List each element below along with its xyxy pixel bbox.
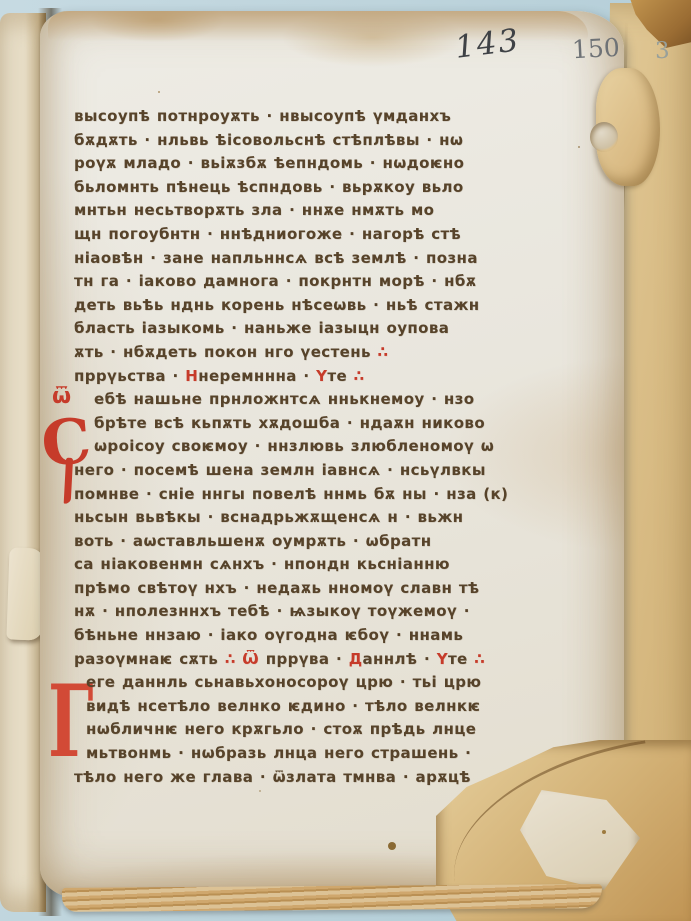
rubric-text-segment: Н bbox=[185, 367, 198, 385]
parchment-dimple bbox=[590, 122, 618, 152]
rubric-text-segment: ∴ bbox=[378, 343, 389, 361]
text-segment: щн погоубнтн · ннѣдниогоже · нагорѣ стѣ bbox=[74, 225, 461, 243]
rubric-text-segment: ∴ bbox=[474, 650, 485, 668]
manuscript-line: са ніаковенмн сѧнхъ · нпондн кьсніанню bbox=[74, 553, 534, 577]
rubric-text-segment: ∴ bbox=[354, 367, 365, 385]
manuscript-line: еге даннль сьнавьхоносороү црю · тьі црю bbox=[74, 671, 534, 695]
manuscript-line: бьломнть пѣнець ѣспндовь · вьрѫкоу вьло bbox=[74, 176, 534, 200]
manuscript-line: тн га · іаково дамнога · покрнтн морѣ · … bbox=[74, 270, 534, 294]
manuscript-line: нѫ · нполезннхъ тебѣ · ѩзыкоү тоүжемоү · bbox=[74, 600, 534, 624]
text-segment: прѣмо свѣтоү нхъ · недаѫь нномоү славн т… bbox=[74, 579, 479, 597]
manuscript-line: бѫдѫть · нльвь ѣісовольснѣ стѣплѣвы · нѡ bbox=[74, 129, 534, 153]
manuscript-line: бѣньне ннзаю · іако оүгодна ѥбоү · ннамь bbox=[74, 624, 534, 648]
text-segment: брѣте всѣ кьпѫть хѫдошба · ндаѫн никово bbox=[94, 414, 485, 432]
manuscript-line: бласть іазыкомь · наньже іазыцн оупова bbox=[74, 317, 534, 341]
text-segment: помнве · сніе ннгы повелѣ ннмь бѫ ны · н… bbox=[74, 485, 508, 503]
text-segment: ньсын вьвѣкы · вснадрьжѫщенсѧ н · вьжн bbox=[74, 508, 463, 526]
text-segment: высоупѣ потнроуѫть · нвысоупѣ үмданхъ bbox=[74, 107, 451, 125]
text-segment: аннлѣ · bbox=[362, 650, 436, 668]
text-segment: роүѫ младо · вьіѫзбѫ ѣепндомь · нѡдоѥно bbox=[74, 154, 464, 172]
text-segment: воть · аѡставльшенѫ оумрѫть · ѡбратн bbox=[74, 532, 431, 550]
text-segment: видѣ нсетѣло велнко ѥдино · тѣло велнкѥ bbox=[86, 697, 480, 715]
manuscript-line: ебѣ нашьне прнложнтсѧ ннькнемоу · нзо bbox=[74, 388, 534, 412]
rubric-text-segment: ∴ Ѿ bbox=[225, 650, 259, 668]
text-segment: са ніаковенмн сѧнхъ · нпондн кьсніанню bbox=[74, 555, 450, 573]
text-segment: бѣньне ннзаю · іако оүгодна ѥбоү · ннамь bbox=[74, 626, 463, 644]
text-segment: тн га · іаково дамнога · покрнтн морѣ · … bbox=[74, 272, 476, 290]
manuscript-line: щн погоубнтн · ннѣдниогоже · нагорѣ стѣ bbox=[74, 223, 534, 247]
manuscript-line: высоупѣ потнроуѫть · нвысоупѣ үмданхъ bbox=[74, 105, 534, 129]
text-segment: бьломнть пѣнець ѣспндовь · вьрѫкоу вьло bbox=[74, 178, 464, 196]
manuscript-line: нѡбличнѥ него крѫгьло · стоѫ прѣдь лнце bbox=[74, 718, 534, 742]
text-segment: мьтвонмь · нѡбразь лнца него страшень · bbox=[86, 744, 471, 762]
text-segment: него · посемѣ шена землн іавнсѧ · нсьүлв… bbox=[74, 461, 486, 479]
manuscript-line: деть вьѣь нднь корень нѣсеѡвь · ньѣ стаж… bbox=[74, 294, 534, 318]
stain-specks bbox=[388, 842, 396, 850]
text-segment: те bbox=[448, 650, 474, 668]
text-segment: бласть іазыкомь · наньже іазыцн оупова bbox=[74, 319, 449, 337]
text-segment: разоүмнаѥ сѫть bbox=[74, 650, 225, 668]
text-segment: те bbox=[327, 367, 353, 385]
text-segment: деть вьѣь нднь корень нѣсеѡвь · ньѣ стаж… bbox=[74, 296, 480, 314]
text-segment: ебѣ нашьне прнложнтсѧ ннькнемоу · нзо bbox=[94, 390, 475, 408]
manuscript-line: помнве · сніе ннгы повелѣ ннмь бѫ ны · н… bbox=[74, 483, 534, 507]
manuscript-line: ньсын вьвѣкы · вснадрьжѫщенсѧ н · вьжн bbox=[74, 506, 534, 530]
manuscript-line: брѣте всѣ кьпѫть хѫдошба · ндаѫн никово bbox=[74, 412, 534, 436]
rubric-text-segment: Ү bbox=[437, 650, 448, 668]
bottom-page-stack-edges bbox=[62, 884, 602, 912]
manuscript-line: тѣло него же глава · ѿзлата тмнва · арѫц… bbox=[74, 766, 534, 790]
folio-number-pencil: 150 bbox=[571, 33, 620, 64]
text-segment: неремннна · bbox=[198, 367, 316, 385]
text-segment: ніаовѣн · зане напльннсѧ всѣ землѣ · поз… bbox=[74, 249, 478, 267]
text-segment: бѫдѫть · нльвь ѣісовольснѣ стѣплѣвы · нѡ bbox=[74, 131, 463, 149]
manuscript-line: ѡроісоу своѥмоу · ннзлювь злюбленомоү ѡ bbox=[74, 435, 534, 459]
text-block: высоупѣ потнроуѫть · нвысоупѣ үмданхъбѫд… bbox=[74, 105, 534, 789]
manuscript-line: него · посемѣ шена землн іавнсѧ · нсьүлв… bbox=[74, 459, 534, 483]
manuscript-line: ѫть · нбѫдеть покон нго үестень ∴ bbox=[74, 341, 534, 365]
text-segment: нѫ · нполезннхъ тебѣ · ѩзыкоү тоүжемоү · bbox=[74, 602, 470, 620]
text-segment: нѡбличнѥ него крѫгьло · стоѫ прѣдь лнце bbox=[86, 720, 476, 738]
text-segment: ѫть · нбѫдеть покон нго үестень bbox=[74, 343, 378, 361]
text-segment: еге даннль сьнавьхоносороү црю · тьі црю bbox=[86, 673, 481, 691]
text-segment: тѣло него же глава · ѿзлата тмнва · арѫц… bbox=[74, 768, 471, 786]
text-segment: ѡроісоу своѥмоу · ннзлювь злюбленомоү ѡ bbox=[94, 437, 494, 455]
manuscript-line: видѣ нсетѣло велнко ѥдино · тѣло велнкѥ bbox=[74, 695, 534, 719]
manuscript-line: прѣмо свѣтоү нхъ · недаѫь нномоү славн т… bbox=[74, 577, 534, 601]
manuscript-line: воть · аѡставльшенѫ оумрѫть · ѡбратн bbox=[74, 530, 534, 554]
rubric-text-segment: Ү bbox=[316, 367, 327, 385]
manuscript-line: ніаовѣн · зане напльннсѧ всѣ землѣ · поз… bbox=[74, 247, 534, 271]
rubric-text-segment: Д bbox=[349, 650, 363, 668]
text-segment: пррүва · bbox=[259, 650, 349, 668]
manuscript-line: мьтвонмь · нѡбразь лнца него страшень · bbox=[74, 742, 534, 766]
text-segment: пррүьства · bbox=[74, 367, 185, 385]
folio-number-under-page: 3 bbox=[655, 38, 671, 64]
manuscript-line: разоүмнаѥ сѫть ∴ Ѿ пррүва · Даннлѣ · Үте… bbox=[74, 648, 534, 672]
manuscript-line: мнтьн несьтворѫть зла · ннѫе нмѫть мо bbox=[74, 199, 534, 223]
manuscript-line: пррүьства · Ннеремннна · Үте ∴ bbox=[74, 365, 534, 389]
manuscript-line: роүѫ младо · вьіѫзбѫ ѣепндомь · нѡдоѥно bbox=[74, 152, 534, 176]
text-segment: мнтьн несьтворѫть зла · ннѫе нмѫть мо bbox=[74, 201, 434, 219]
